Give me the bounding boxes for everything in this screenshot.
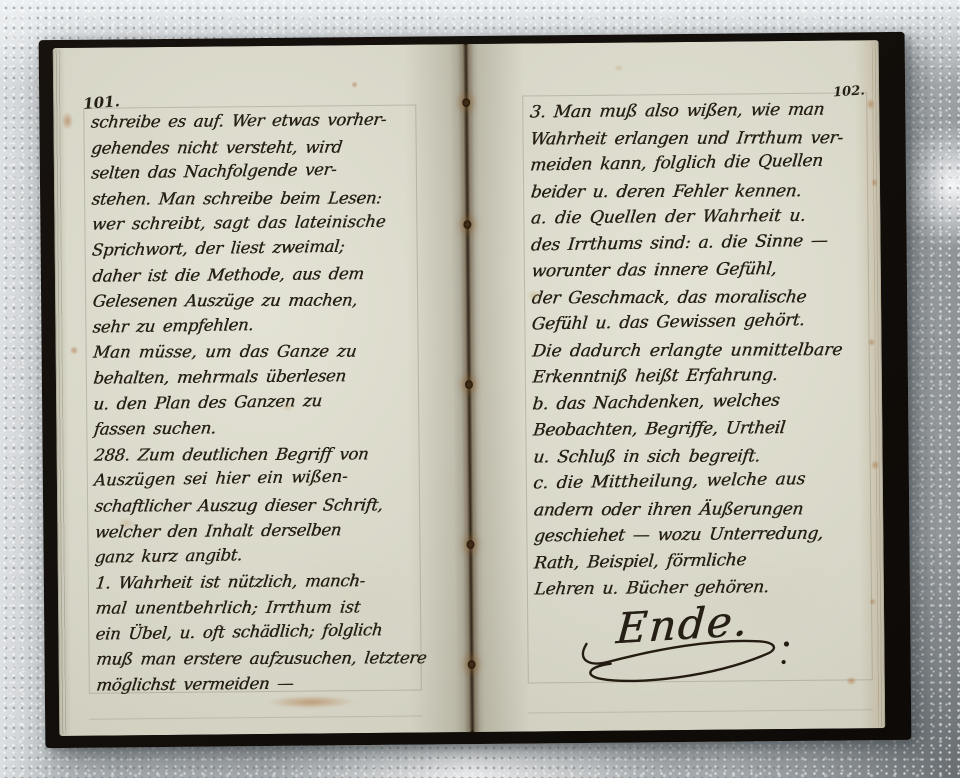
handwriting-line: fassen suchen. xyxy=(92,413,449,442)
handwriting-line: daher ist die Methode, aus dem xyxy=(91,260,448,289)
page-edge-stack xyxy=(53,50,67,734)
page-spread: 101. schreibe es auf. Wer etwas vorher-g… xyxy=(53,40,886,736)
handwriting-line: u. den Plan des Ganzen zu xyxy=(92,386,448,417)
right-page-handwriting: 3. Man muß also wißen, wie manWahrheit e… xyxy=(528,96,873,603)
page-edge-stack xyxy=(872,42,886,726)
handwriting-line: selten das Nachfolgende ver- xyxy=(90,155,446,186)
right-page: 102. 3. Man muß also wißen, wie manWahrh… xyxy=(466,40,886,732)
handwriting-line: meiden kann, folglich die Quellen xyxy=(529,147,872,179)
signature-ende: Ende. xyxy=(614,596,750,654)
handwriting-line: Rath, Beispiel, förmliche xyxy=(533,545,876,577)
handwriting-line: ganz kurz angibt. xyxy=(94,539,450,570)
handwriting-line: Man müsse, um das Ganze zu xyxy=(92,338,449,365)
handwriting-line: Auszügen sei hier ein wißen- xyxy=(93,462,449,493)
open-book: 101. schreibe es auf. Wer etwas vorher-g… xyxy=(39,32,912,748)
handwriting-line: ein Übel, u. oft schädlich; folglich xyxy=(94,616,450,647)
pencil-footline xyxy=(89,716,422,720)
signature-block: Ende. xyxy=(537,599,828,693)
handwriting-line: Die dadurch erlangte unmittelbare xyxy=(531,336,874,364)
pencil-footline xyxy=(528,709,873,713)
handwriting-line: schreibe es auf. Wer etwas vorher- xyxy=(90,106,447,135)
handwriting-line: Gefühl u. das Gewissen gehört. xyxy=(531,306,874,338)
left-page: 101. schreibe es auf. Wer etwas vorher-g… xyxy=(53,44,473,736)
manuscript-photo: 101. schreibe es auf. Wer etwas vorher-g… xyxy=(0,0,960,778)
handwriting-line: b. das Nachdenken, welches xyxy=(531,386,874,418)
foxing-stain xyxy=(351,81,358,88)
handwriting-line: schaftlicher Auszug dieser Schrift, xyxy=(93,492,450,519)
handwriting-line: c. die Mittheilung, welche aus xyxy=(532,465,875,497)
handwriting-line: Sprichwort, der liest zweimal; xyxy=(91,232,447,263)
foxing-stain xyxy=(871,178,878,187)
handwriting-line: andern oder ihren Äußerungen xyxy=(532,495,875,523)
foxing-stain xyxy=(614,65,624,72)
foxing-stain xyxy=(61,112,73,130)
handwriting-line: 3. Man muß also wißen, wie man xyxy=(528,96,871,126)
handwriting-line: muß man erstere aufzusuchen, letztere xyxy=(95,646,452,673)
foxing-stain xyxy=(267,695,355,709)
handwriting-line: sehr zu empfehlen. xyxy=(92,309,448,340)
handwriting-line: beider u. deren Fehler kennen. xyxy=(529,177,872,205)
handwriting-line: 1. Wahrheit ist nützlich, manch- xyxy=(94,567,451,596)
handwriting-line: worunter das innere Gefühl, xyxy=(530,255,873,285)
left-page-handwriting: schreibe es auf. Wer etwas vorher-gehend… xyxy=(89,106,449,698)
foxing-stain xyxy=(70,346,79,355)
handwriting-line: des Irrthums sind: a. die Sinne — xyxy=(530,227,873,259)
handwriting-line: möglichst vermeiden — xyxy=(95,669,452,698)
foxing-stain xyxy=(846,676,857,685)
handwriting-line: Beobachten, Begriffe, Urtheil xyxy=(532,414,875,444)
